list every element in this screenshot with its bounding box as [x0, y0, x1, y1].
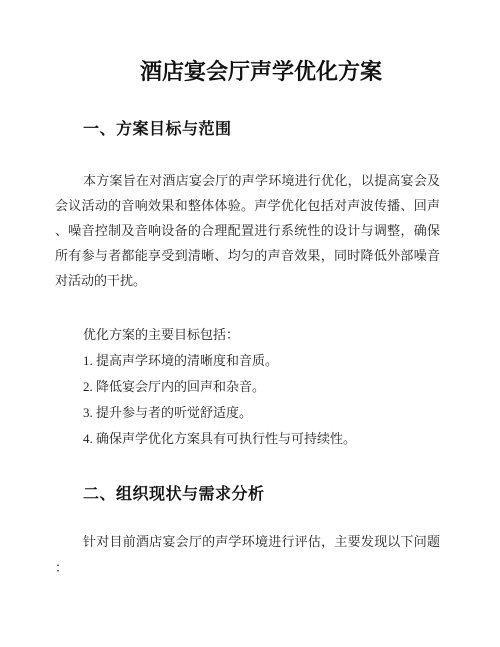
section-2-heading: 二、组织现状与需求分析 — [83, 481, 265, 504]
paragraph-line: 对活动的干扰。 — [55, 268, 440, 293]
document-page: 酒店宴会厅声学优化方案 一、方案目标与范围 本方案旨在对酒店宴会厅的声学环境进行… — [0, 0, 500, 647]
section-1-paragraph: 本方案旨在对酒店宴会厅的声学环境进行优化，以提高宴会及 会议活动的音响效果和整体… — [55, 168, 440, 293]
goal-list-item: 4. 确保声学优化方案具有可执行性与可持续性。 — [55, 426, 440, 452]
goal-list-item: 2. 降低宴会厅内的回声和杂音。 — [55, 374, 440, 400]
goal-list-item: 3. 提升参与者的听觉舒适度。 — [55, 400, 440, 426]
paragraph-line: 会议活动的音响效果和整体体验。声学优化包括对声波传播、回声 — [55, 193, 440, 218]
section-1-heading: 一、方案目标与范围 — [83, 116, 232, 139]
section-2-paragraph: 针对目前酒店宴会厅的声学环境进行评估，主要发现以下问题 ： — [55, 529, 440, 581]
paragraph-line: 、噪音控制及音响设备的合理配置进行系统性的设计与调整，确保 — [55, 218, 440, 243]
goal-list-intro: 优化方案的主要目标包括： — [55, 322, 440, 348]
paragraph-line: 针对目前酒店宴会厅的声学环境进行评估，主要发现以下问题 — [55, 529, 440, 555]
goal-list-item: 1. 提高声学环境的清晰度和音质。 — [55, 348, 440, 374]
document-title: 酒店宴会厅声学优化方案 — [0, 55, 500, 86]
section-1-goal-list: 优化方案的主要目标包括： 1. 提高声学环境的清晰度和音质。 2. 降低宴会厅内… — [55, 322, 440, 452]
paragraph-line: 所有参与者都能享受到清晰、均匀的声音效果，同时降低外部噪音 — [55, 243, 440, 268]
paragraph-line: 本方案旨在对酒店宴会厅的声学环境进行优化，以提高宴会及 — [55, 168, 440, 193]
paragraph-line: ： — [55, 555, 440, 581]
